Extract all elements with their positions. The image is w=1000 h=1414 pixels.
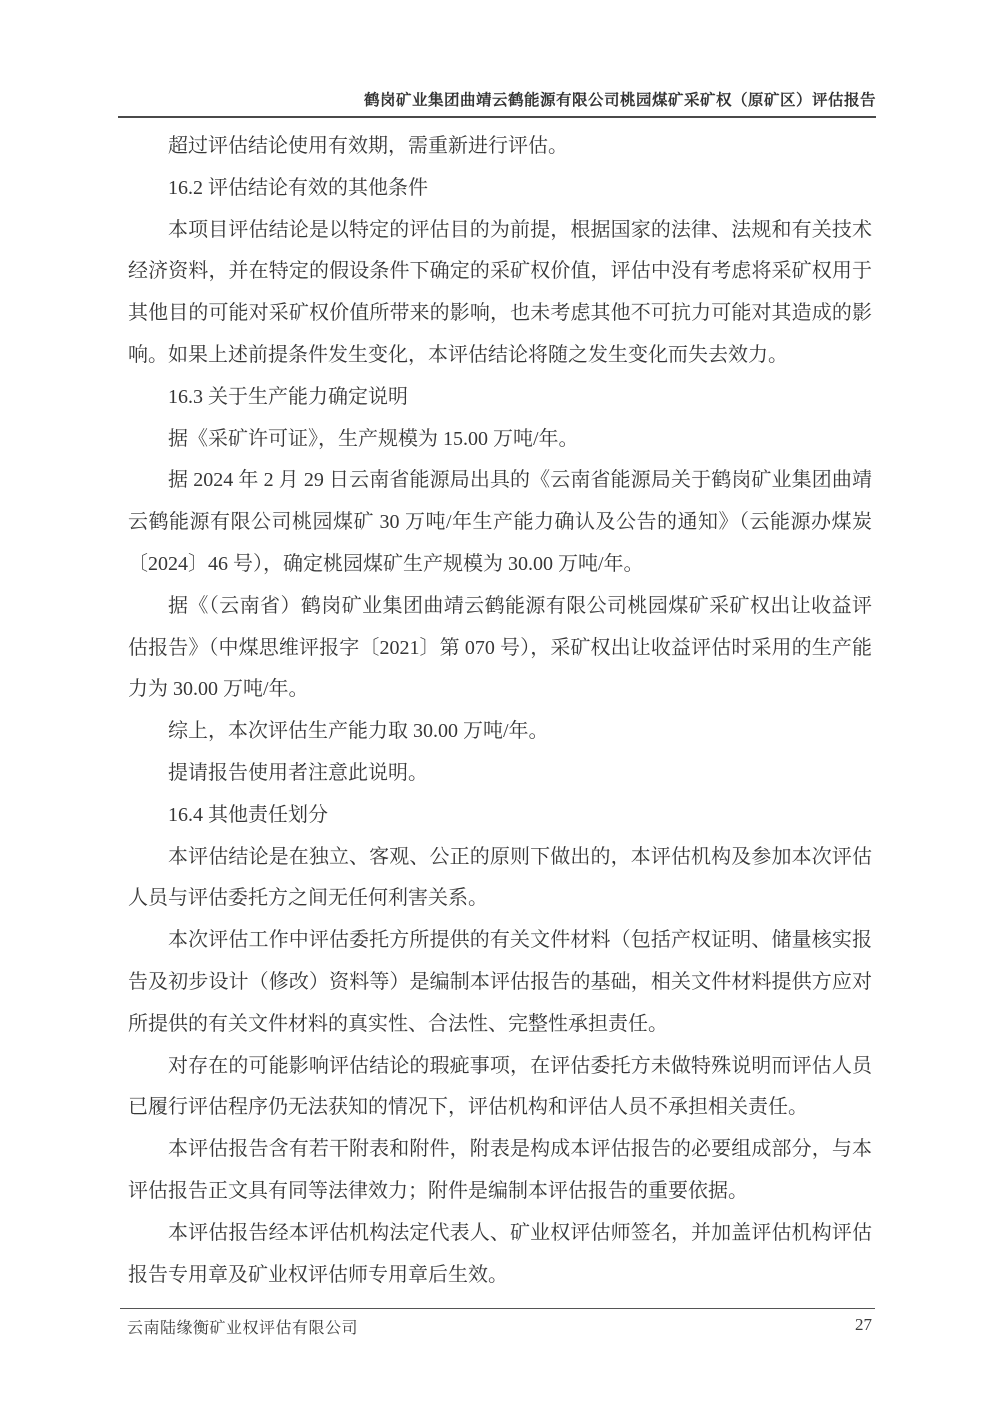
- paragraph: 本评估结论是在独立、客观、公正的原则下做出的，本评估机构及参加本次评估人员与评估…: [128, 837, 872, 921]
- document-page: 鹤岗矿业集团曲靖云鹤能源有限公司桃园煤矿采矿权（原矿区）评估报告 超过评估结论使…: [0, 0, 1000, 1414]
- paragraph: 本次评估工作中评估委托方所提供的有关文件材料（包括产权证明、储量核实报告及初步设…: [128, 920, 872, 1045]
- paragraph: 对存在的可能影响评估结论的瑕疵事项，在评估委托方未做特殊说明而评估人员已履行评估…: [128, 1046, 872, 1130]
- paragraph: 本项目评估结论是以特定的评估目的为前提，根据国家的法律、法规和有关技术经济资料，…: [128, 210, 872, 377]
- paragraph: 据《采矿许可证》，生产规模为 15.00 万吨/年。: [128, 419, 872, 461]
- paragraph: 据《（云南省）鹤岗矿业集团曲靖云鹤能源有限公司桃园煤矿采矿权出让收益评估报告》（…: [128, 586, 872, 711]
- header-rule: [118, 116, 876, 118]
- paragraph: 综上，本次评估生产能力取 30.00 万吨/年。: [128, 711, 872, 753]
- paragraph-carryover: 超过评估结论使用有效期，需重新进行评估。: [128, 126, 872, 168]
- running-header-title: 鹤岗矿业集团曲靖云鹤能源有限公司桃园煤矿采矿权（原矿区）评估报告: [120, 88, 876, 110]
- section-heading-16-2: 16.2 评估结论有效的其他条件: [128, 168, 872, 210]
- running-footer: 云南陆缘衡矿业权评估有限公司 27: [127, 1315, 872, 1338]
- paragraph: 本评估报告含有若干附表和附件，附表是构成本评估报告的必要组成部分，与本评估报告正…: [128, 1129, 872, 1213]
- section-heading-16-4: 16.4 其他责任划分: [128, 795, 872, 837]
- footer-page-number: 27: [855, 1315, 872, 1335]
- paragraph: 据 2024 年 2 月 29 日云南省能源局出具的《云南省能源局关于鹤岗矿业集…: [128, 460, 872, 585]
- document-body: 超过评估结论使用有效期，需重新进行评估。 16.2 评估结论有效的其他条件 本项…: [128, 126, 872, 1296]
- paragraph: 本评估报告经本评估机构法定代表人、矿业权评估师签名，并加盖评估机构评估报告专用章…: [128, 1213, 872, 1297]
- footer-rule: [120, 1308, 875, 1309]
- section-heading-16-3: 16.3 关于生产能力确定说明: [128, 377, 872, 419]
- paragraph: 提请报告使用者注意此说明。: [128, 753, 872, 795]
- footer-company-name: 云南陆缘衡矿业权评估有限公司: [127, 1315, 358, 1338]
